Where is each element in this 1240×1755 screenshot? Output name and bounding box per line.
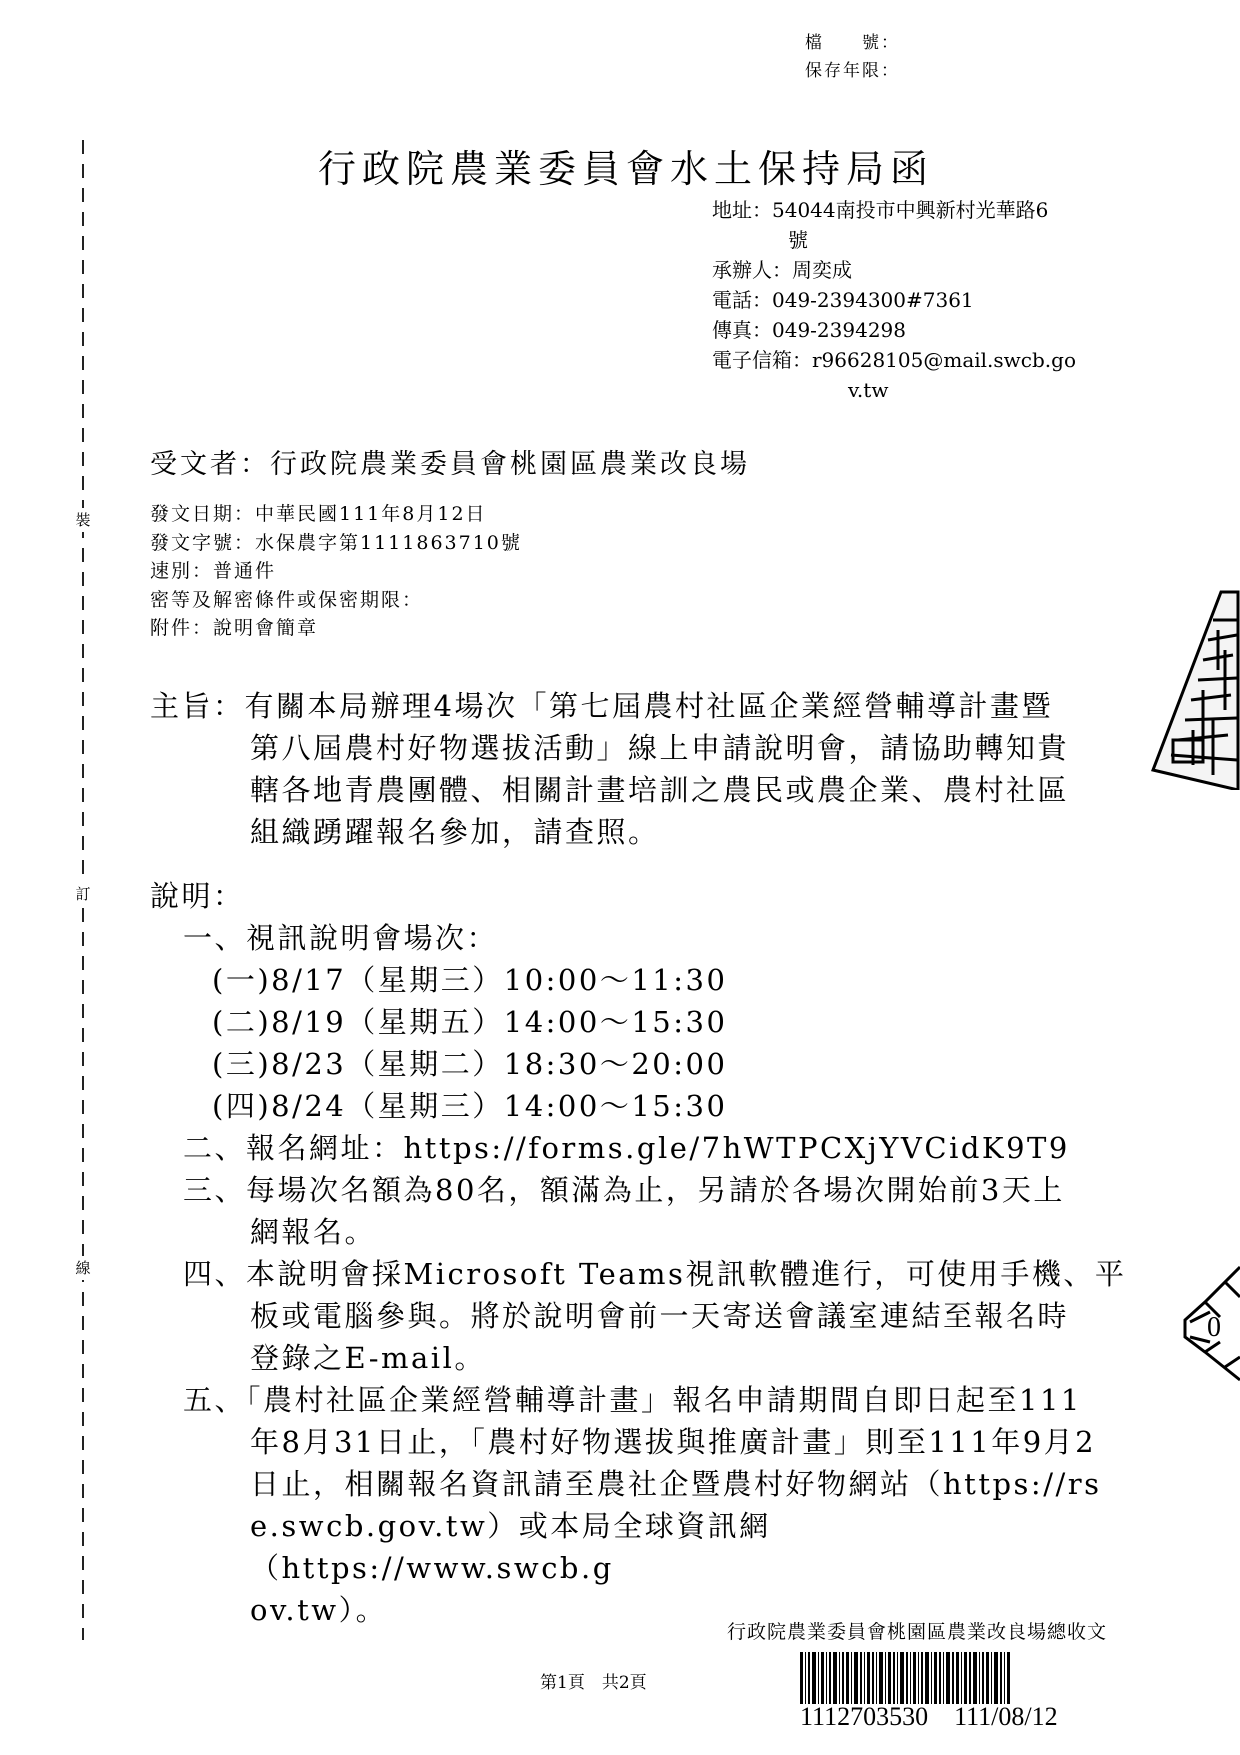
- margin-mark-bind: 裝: [72, 508, 94, 532]
- explanation-item-3-cont: 網報名。: [150, 1211, 1130, 1253]
- page-indicator: 第1頁 共2頁: [540, 1668, 647, 1693]
- email: 電子信箱：r96628105@mail.swcb.go: [712, 345, 1076, 375]
- subject-line: 第八屆農村好物選拔活動」線上申請說明會，請協助轉知貴: [150, 727, 1130, 769]
- subject-line: 轄各地青農團體、相關計畫培訓之農民或農企業、農村社區: [150, 769, 1130, 811]
- explanation-item-4-cont: 登錄之E-mail。: [150, 1337, 1130, 1379]
- email-cont: v.tw: [712, 375, 1076, 405]
- margin-mark-line: 線: [72, 1256, 94, 1280]
- seal-stamp-fragment-icon: 0: [1145, 1262, 1240, 1382]
- explanation-item-2: 二、報名網址：https://forms.gle/7hWTPCXjYVCidK9…: [150, 1127, 1130, 1169]
- phone: 電話：049-2394300#7361: [712, 285, 1076, 315]
- explanation-item-5-cont: e.swcb.gov.tw）或本局全球資訊網（https://www.swcb.…: [150, 1505, 1130, 1589]
- receiving-org-label: 行政院農業委員會桃園區農業改良場總收文: [727, 1617, 1107, 1644]
- barcode-date: 111/08/12: [954, 1702, 1058, 1731]
- seal-stamp-fragment-icon: [1133, 590, 1240, 790]
- session-item: (二)8/19（星期五）14:00～15:30: [150, 1001, 1130, 1043]
- fax: 傳真：049-2394298: [712, 315, 1076, 345]
- margin-mark-staple: 訂: [72, 882, 94, 906]
- issue-date: 發文日期：中華民國111年8月12日: [150, 500, 522, 529]
- explanation-item-1: 一、視訊說明會場次：: [150, 917, 1130, 959]
- secrecy-level: 密等及解密條件或保密期限：: [150, 586, 522, 615]
- explanation-item-4: 四、本說明會採Microsoft Teams視訊軟體進行，可使用手機、平: [150, 1253, 1130, 1295]
- explanation-section: 說明： 一、視訊說明會場次： (一)8/17（星期三）10:00～11:30 (…: [150, 875, 1130, 1631]
- contact-block: 地址：54044南投市中興新村光華路6 號 承辦人：周奕成 電話：049-239…: [712, 195, 1076, 405]
- subject-line: 主旨：有關本局辦理4場次「第七屆農村社區企業經營輔導計畫暨: [150, 685, 1130, 727]
- address: 地址：54044南投市中興新村光華路6: [712, 195, 1076, 225]
- svg-text:0: 0: [1207, 1312, 1221, 1343]
- explanation-item-5-cont: 年8月31日止，「農村好物選拔與推廣計畫」則至111年9月2: [150, 1421, 1130, 1463]
- session-item: (一)8/17（星期三）10:00～11:30: [150, 959, 1130, 1001]
- subject-section: 主旨：有關本局辦理4場次「第七屆農村社區企業經營輔導計畫暨 第八屆農村好物選拔活…: [150, 685, 1130, 853]
- explanation-item-5: 五、「農村社區企業經營輔導計畫」報名申請期間自即日起至111: [150, 1379, 1130, 1421]
- session-item: (三)8/23（星期二）18:30～20:00: [150, 1043, 1130, 1085]
- document-type: 函: [890, 138, 928, 193]
- explanation-item-4-cont: 板或電腦參與。將於說明會前一天寄送會議室連結至報名時: [150, 1295, 1130, 1337]
- document-title: 行政院農業委員會水土保持局: [318, 138, 890, 193]
- subject-label: 主旨：: [150, 689, 245, 723]
- explanation-item-5-cont: 日止，相關報名資訊請至農社企暨農村好物網站（https://rs: [150, 1463, 1130, 1505]
- retention-period-label: 保存年限：: [805, 56, 900, 81]
- document-meta: 發文日期：中華民國111年8月12日 發文字號：水保農字第1111863710號…: [150, 500, 522, 643]
- subject-line: 組織踴躍報名參加，請查照。: [150, 811, 1130, 853]
- explanation-item-3: 三、每場次名額為80名，額滿為止，另請於各場次開始前3天上: [150, 1169, 1130, 1211]
- session-item: (四)8/24（星期三）14:00～15:30: [150, 1085, 1130, 1127]
- barcode: [800, 1652, 1105, 1704]
- delivery-speed: 速別：普通件: [150, 557, 522, 586]
- barcode-text: 1112703530 111/08/12: [800, 1702, 1058, 1732]
- address-cont: 號: [712, 225, 1076, 255]
- file-number-label: 檔 號：: [805, 28, 900, 53]
- handler: 承辦人：周奕成: [712, 255, 1076, 285]
- attachment: 附件：說明會簡章: [150, 614, 522, 643]
- document-number: 發文字號：水保農字第1111863710號: [150, 529, 522, 558]
- explanation-label: 說明：: [150, 875, 1130, 917]
- barcode-number: 1112703530: [800, 1702, 928, 1731]
- recipient: 受文者：行政院農業委員會桃園區農業改良場: [150, 442, 750, 481]
